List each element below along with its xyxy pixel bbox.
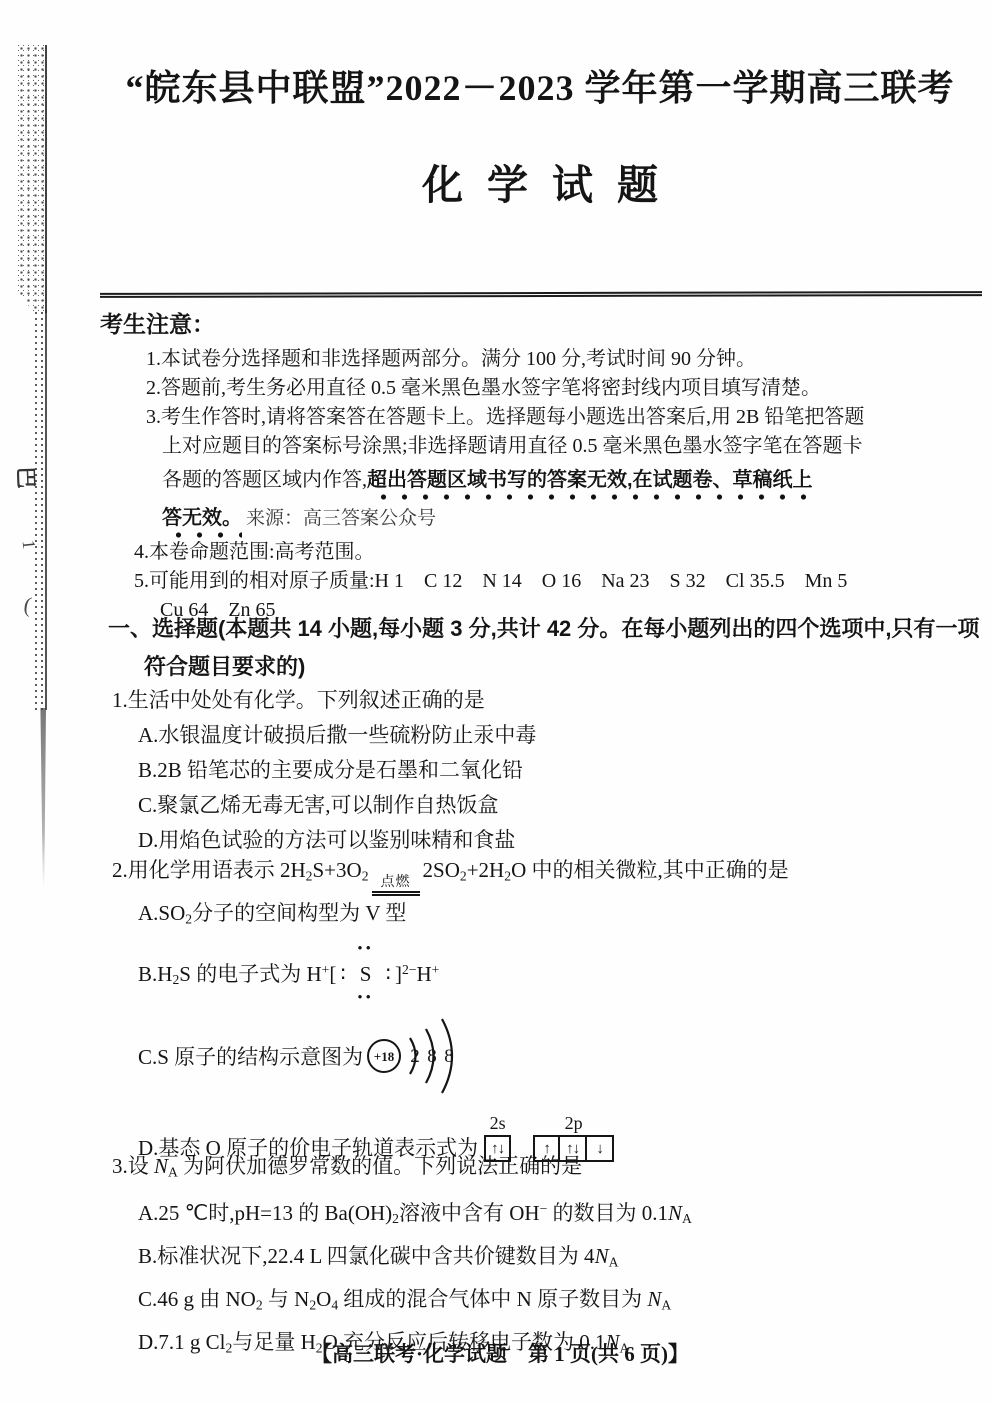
q2-stem-t3: 2SO <box>423 858 460 882</box>
lone-pair-dots-bottom: •• <box>357 993 374 1003</box>
question-2-option-b: B.H2S 的电子式为 H+[∶••S••∶]2−H+ <box>138 936 986 1009</box>
question-2-option-a: A.SO2分子的空间构型为 V 型 <box>138 896 986 936</box>
exam-paper-page: 巴 1 ( “皖东县中联盟”2022－2023 学年第一学期高三联考 化学试题 … <box>0 0 992 1402</box>
orbital-label-2s: 2s <box>484 1113 511 1134</box>
q2-b-lone-pair-left: ∶ <box>340 962 345 986</box>
q3-a-t2: 溶液中含有 OH <box>399 1201 540 1225</box>
section-1-header: 一、选择题(本题共 14 小题,每小题 3 分,共计 42 分。在每小题列出的四… <box>100 612 986 688</box>
notice-item-3-line3-normal: 各题的答题区域内作答, <box>162 469 367 491</box>
notice-item-3-line1: 3.考生作答时,请将答案答在答题卡上。选择题每小题选出答案后,用 2B 铅笔把答… <box>146 403 986 432</box>
q3-c-t4: 组成的混合气体中 N 原子数目为 <box>338 1287 647 1311</box>
q3-b-t1: B.标准状况下,22.4 L 四氯化碳中含共价键数目为 4 <box>138 1244 595 1268</box>
question-2: 2.用化学用语表示 2H2S+3O2点燃2SO2+2H2O 中的相关微粒,其中正… <box>100 852 986 1162</box>
question-1-option-a: A.水银温度计破损后撒一些硫粉防止汞中毒 <box>138 718 986 753</box>
q3-c-sub1: 2 <box>256 1297 263 1312</box>
scan-margin-mark-1: 巴 <box>11 466 43 489</box>
q2-stem-sub3: 2 <box>460 868 467 883</box>
q3-c-t1: C.46 g 由 NO <box>138 1287 256 1311</box>
q2-b-t2: S 的电子式为 H <box>179 962 321 986</box>
q2-stem-sub1: 2 <box>306 868 313 883</box>
question-3-option-b: B.标准状况下,22.4 L 四氯化碳中含共价键数目为 4NA <box>138 1238 986 1281</box>
scan-margin-mark-3: ( <box>22 592 34 619</box>
q3-a-sub: 2 <box>392 1212 399 1227</box>
scan-binding-strip-tail <box>39 708 46 888</box>
q3-stem-t1: 3.设 <box>112 1154 154 1178</box>
avogadro-n: N <box>668 1201 682 1225</box>
subject-title: 化学试题 <box>110 152 970 211</box>
q3-c-t3: O <box>316 1287 331 1311</box>
q3-c-t2: 与 N <box>263 1287 310 1311</box>
lone-pair-dots-top: •• <box>357 944 374 954</box>
question-2-stem: 2.用化学用语表示 2H2S+3O2点燃2SO2+2H2O 中的相关微粒,其中正… <box>112 852 986 896</box>
notice-item-3-line4: 答无效。来源：高三答案公众号 <box>162 499 986 538</box>
question-3-stem: 3.设 NA 为阿伏加德罗常数的值。下列说法正确的是 <box>112 1148 986 1190</box>
q2-b-bracket-left: [ <box>329 962 336 986</box>
question-1-option-b: B.2B 铅笔芯的主要成分是石墨和二氧化铅 <box>138 753 986 788</box>
shell-count-3: 8 <box>444 1046 454 1067</box>
scan-binding-strip-middle <box>33 310 47 710</box>
atomic-structure-diagram: +18 2 8 8 <box>365 1010 483 1102</box>
question-1-stem: 1.生活中处处有化学。下列叙述正确的是 <box>112 682 986 718</box>
q3-a-t1: A.25 ℃时,pH=13 的 Ba(OH) <box>138 1201 392 1225</box>
notice-item-3-line3-emphasis: 超出答题区域书写的答案无效,在试题卷、草稿纸上 <box>367 469 813 500</box>
watermark-source-text: 来源：高三答案公众号 <box>246 508 436 529</box>
avogadro-n: N <box>647 1287 661 1311</box>
question-3-option-a: A.25 ℃时,pH=13 的 Ba(OH)2溶液中含有 OH− 的数目为 0.… <box>138 1190 986 1238</box>
separator-rule <box>100 291 982 298</box>
orbital-label-2p: 2p <box>533 1113 614 1134</box>
q2-stem-t4: +2H <box>467 858 505 882</box>
notice-item-5-line1: 5.可能用到的相对原子质量:H 1 C 12 N 14 O 16 Na 23 S… <box>134 567 986 596</box>
question-1: 1.生活中处处有化学。下列叙述正确的是 A.水银温度计破损后撒一些硫粉防止汞中毒… <box>100 682 986 858</box>
notice-item-3-line4-emphasis: 答无效。 <box>162 507 242 538</box>
avogadro-n: N <box>595 1244 609 1268</box>
q2-a-t1: A.SO <box>138 901 185 925</box>
exam-title: “皖东县中联盟”2022－2023 学年第一学期高三联考 <box>110 60 970 111</box>
notice-item-4: 4.本卷命题范围:高考范围。 <box>134 538 986 567</box>
avogadro-sub: A <box>609 1255 619 1270</box>
q2-b-sulfur: S <box>360 962 372 986</box>
q2-b-t1: B.H <box>138 962 172 986</box>
q3-a-t3: 的数目为 0.1 <box>547 1201 668 1225</box>
q2-stem-t5: O 中的相关微粒,其中正确的是 <box>511 858 789 882</box>
q2-stem-sub2: 2 <box>362 868 369 883</box>
avogadro-sub: A <box>682 1212 692 1227</box>
notice-item-3-line2: 上对应题目的答案标号涂黑;非选择题请用直径 0.5 毫米黑色墨水签字笔在答题卡 <box>162 432 986 461</box>
notice-item-1: 1.本试卷分选择题和非选择题两部分。满分 100 分,考试时间 90 分钟。 <box>146 345 986 374</box>
scan-binding-strip-top <box>18 45 47 313</box>
section-1-header-line1: 一、选择题(本题共 14 小题,每小题 3 分,共计 42 分。在每小题列出的四… <box>108 612 986 646</box>
avogadro-n: N <box>154 1154 168 1178</box>
q2-b-sup3: + <box>432 962 440 977</box>
question-1-option-c: C.聚氯乙烯无毒无害,可以制作自热饭盒 <box>138 788 986 823</box>
q3-stem-t2: 为阿伏加德罗常数的值。下列说法正确的是 <box>178 1154 582 1178</box>
q2-stem-t1: 2.用化学用语表示 2H <box>112 858 306 882</box>
q2-b-sup2: 2− <box>402 962 417 977</box>
notice-item-2: 2.答题前,考生务必用直径 0.5 毫米黑色墨水签字笔将密封线内项目填写清楚。 <box>146 374 986 403</box>
notice-section: 考生注意： 1.本试卷分选择题和非选择题两部分。满分 100 分,考试时间 90… <box>100 306 986 625</box>
q2-a-t2: 分子的空间构型为 V 型 <box>192 901 406 925</box>
scan-margin-mark-2: 1 <box>18 539 40 550</box>
page-footer: 【高三联考·化学试题 第 1 页(共 6 页)】 <box>100 1338 900 1368</box>
shell-count-2: 8 <box>427 1046 437 1067</box>
question-3-option-c: C.46 g 由 NO2 与 N2O4 组成的混合气体中 N 原子数目为 NA <box>138 1281 986 1324</box>
avogadro-sub: A <box>661 1297 671 1312</box>
q2-b-bracket-right: ] <box>395 962 402 986</box>
q2-c-t1: C.S 原子的结构示意图为 <box>138 1041 363 1071</box>
nucleus-charge-label: +18 <box>374 1049 395 1064</box>
question-2-option-c: C.S 原子的结构示意图为 +18 2 8 8 <box>138 1010 986 1102</box>
q2-b-t3: H <box>416 962 431 986</box>
notice-heading: 考生注意： <box>100 306 986 339</box>
notice-item-3-line3: 各题的答题区域内作答,超出答题区域书写的答案无效,在试题卷、草稿纸上 <box>162 461 986 499</box>
reaction-condition-label: 点燃 <box>381 875 411 890</box>
q2-stem-t2: S+3O <box>313 858 362 882</box>
q2-b-lone-pair-right: ∶ <box>385 962 390 986</box>
electron-dot-sulfur: ••S•• <box>360 957 372 992</box>
reaction-condition-symbol: 点燃 <box>372 875 420 896</box>
shell-count-1: 2 <box>410 1046 420 1067</box>
question-3: 3.设 NA 为阿伏加德罗常数的值。下列说法正确的是 A.25 ℃时,pH=13… <box>100 1148 986 1367</box>
avogadro-sub: A <box>168 1164 178 1179</box>
